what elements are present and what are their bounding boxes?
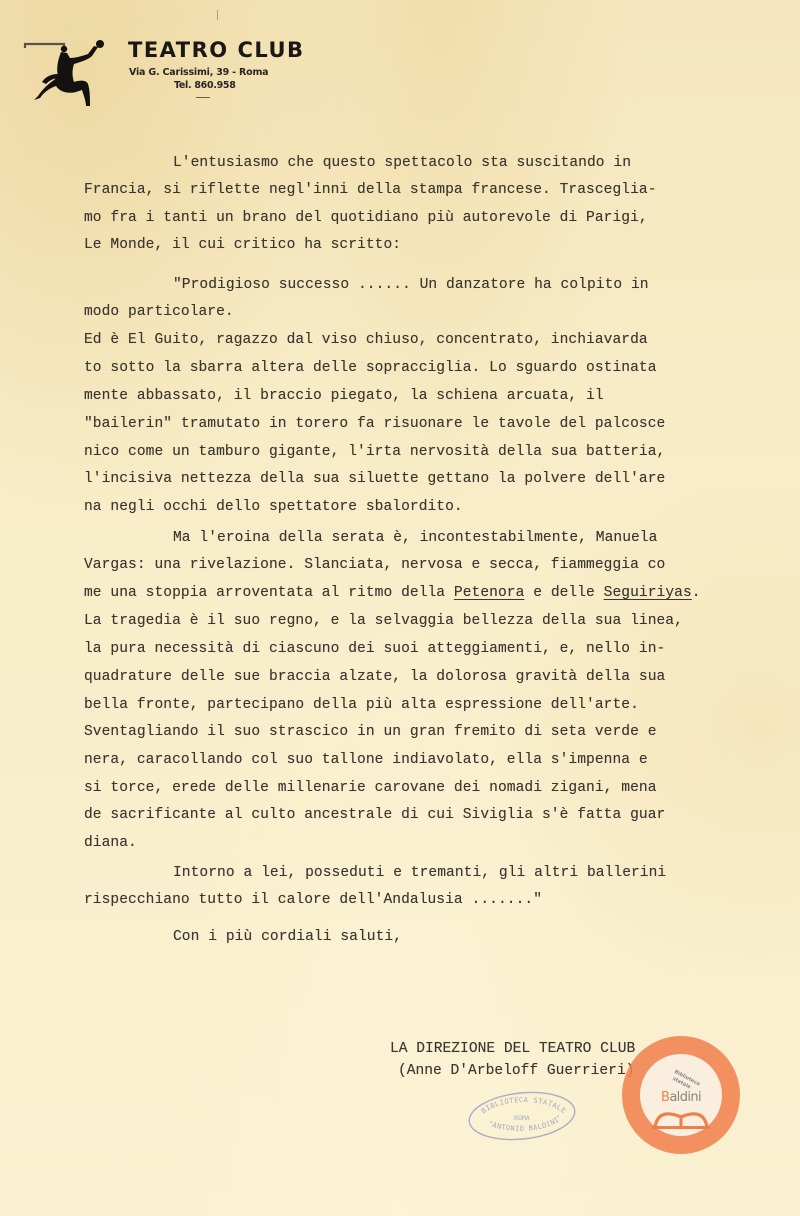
pin-mark [217,10,218,20]
dance-term-seguiriyas: Seguiriyas [604,585,692,601]
org-name: TEATRO CLUB [128,40,305,61]
org-address: Via G. Carissimi, 39 - Roma [129,68,268,78]
library-oval-stamp: BIBLIOTECA STATALE ROMA "ANTONIO BALDINI… [466,1090,578,1142]
baldini-library-logo: Biblioteca statale Baldini [622,1036,740,1154]
quote-line: Sventagliando il suo strascico in un gra… [84,723,657,741]
quote-line: bella fronte, partecipano della più alta… [84,696,639,714]
quote-line: Vargas: una rivelazione. Slanciata, nerv… [84,556,665,574]
quote-line: na negli occhi dello spettatore sbalordi… [84,498,463,516]
baldini-name: Baldini [640,1091,722,1104]
org-phone: Tel. 860.958 [174,81,236,91]
quote-text: . [692,585,701,601]
intro-line: L'entusiasmo che questo spettacolo sta s… [173,154,631,172]
letterhead-rule [196,97,210,98]
quote-line: l'incisiva nettezza della sua siluette g… [84,470,665,488]
quote-line: me una stoppia arroventata al ritmo dell… [84,584,701,602]
quote-line: nera, caracollando col suo tallone india… [84,751,648,769]
quote-line: la pura necessità di ciascuno dei suoi a… [84,640,665,658]
letterhead: TEATRO CLUB Via G. Carissimi, 39 - Roma … [0,0,800,120]
quote-line: La tragedia è il suo regno, e la selvagg… [84,612,683,630]
intro-line: Le Monde, il cui critico ha scritto: [84,236,401,254]
quote-text: e delle [524,585,603,601]
open-book-icon [651,1107,711,1129]
baldini-logo-inner: Biblioteca statale Baldini [640,1054,722,1136]
quote-line: "bailerin" tramutato in torero fa risuon… [84,415,665,433]
quote-line: si torce, erede delle millenarie carovan… [84,779,657,797]
intro-line: Francia, si riflette negl'inni della sta… [84,181,657,199]
quote-line: to sotto la sbarra altera delle sopracci… [84,359,657,377]
quote-line: "Prodigioso successo ...... Un danzatore… [173,276,649,294]
dance-term-petenora: Petenora [454,585,524,601]
signature-name: (Anne D'Arbeloff Guerrieri) [398,1062,634,1080]
quote-line: nico come un tamburo gigante, l'irta ner… [84,443,665,461]
quote-line: rispecchiano tutto il calore dell'Andalu… [84,891,542,909]
quote-line: quadrature delle sue braccia alzate, la … [84,668,665,686]
intro-line: mo fra i tanti un brano del quotidiano p… [84,209,648,227]
quote-line: Ma l'eroina della serata è, incontestabi… [173,529,657,547]
quote-line: Intorno a lei, posseduti e tremanti, gli… [173,864,666,882]
quote-line: diana. [84,834,137,852]
quote-line: modo particolare. [84,303,234,321]
quote-line: Ed è El Guito, ragazzo dal viso chiuso, … [84,331,648,349]
baldini-name-rest: aldini [669,1090,701,1105]
stamp-middle-text: ROMA [514,1114,530,1122]
dancer-figure-icon [20,40,106,108]
closing-salutation: Con i più cordiali saluti, [173,928,402,946]
quote-text: me una stoppia arroventata al ritmo dell… [84,585,454,601]
quote-line: mente abbassato, il braccio piegato, la … [84,387,604,405]
signature-org: LA DIREZIONE DEL TEATRO CLUB [390,1040,635,1058]
quote-line: de sacrificante al culto ancestrale di c… [84,806,665,824]
